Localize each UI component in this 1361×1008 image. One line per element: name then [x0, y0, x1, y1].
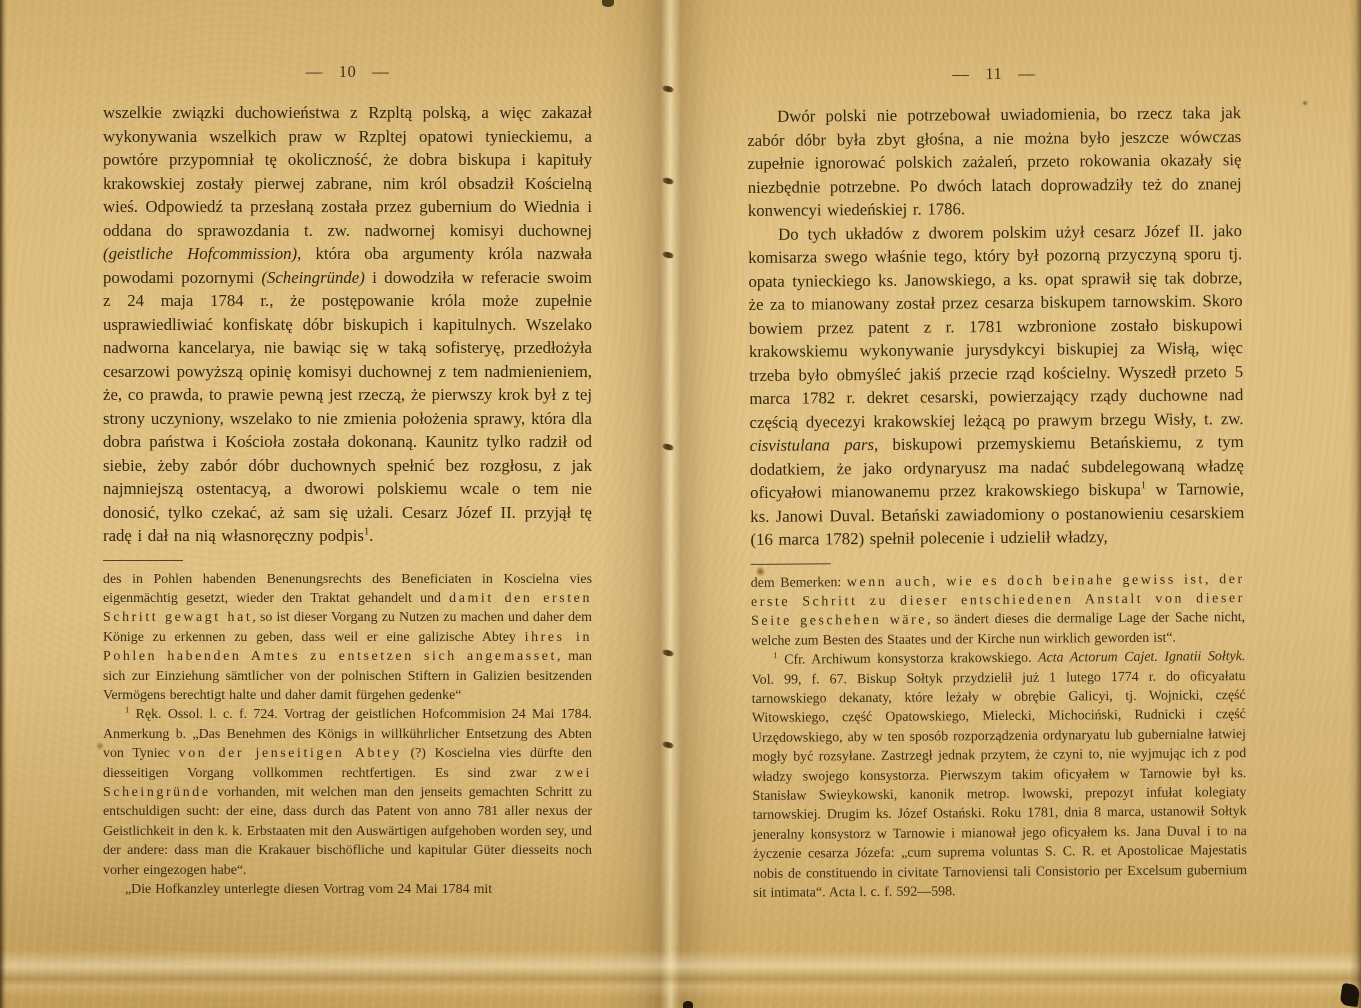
bottom-speck — [683, 1001, 693, 1008]
spine-top-notch — [602, 0, 614, 7]
paragraph: 1 Cfr. Archiwum konsystorza krakowskiego… — [751, 647, 1247, 903]
book-scan-background: —10— wszelkie związki duchowieństwa z Rz… — [0, 0, 1361, 1008]
book-spine-fold — [598, 0, 743, 1008]
paragraph: 1 Ręk. Ossol. l. c. f. 724. Vortrag der … — [103, 705, 592, 880]
page-number: 10 — [339, 62, 357, 81]
paragraph: „Die Hofkanzley unterlegte diesen Vortra… — [103, 880, 592, 899]
text-run: Cfr. Archiwum konsystorza krakowskiego. — [778, 651, 1039, 668]
text-run: von der jenseitigen Abtey — [179, 746, 402, 761]
header-dash: — — [952, 64, 969, 84]
binding-stitch — [661, 85, 674, 94]
paragraph: des in Pohlen habenden Benenungsrechts d… — [103, 570, 592, 706]
binding-stitch — [661, 649, 674, 658]
page-11: —11— Dwór polski nie potrzebował uwiadom… — [747, 62, 1248, 903]
text-run: (geistliche Hofcommission) — [103, 244, 297, 263]
text-run: dem Bemerken: — [751, 575, 847, 591]
text-run: Do tych układów z dworem polskim użył ce… — [748, 221, 1243, 432]
page-10: —10— wszelkie związki duchowieństwa z Rz… — [103, 62, 592, 899]
text-run: Dwór polski nie potrzebował uwiadomienia… — [747, 103, 1242, 220]
binding-stitch — [661, 443, 674, 452]
page-11-footnote-text: dem Bemerken: wenn auch, wie es doch bei… — [751, 570, 1248, 904]
header-dash: — — [372, 62, 389, 82]
text-run: (Scheingründe) — [261, 268, 364, 287]
scan-left-edge — [0, 0, 7, 1008]
page-10-footnotes: des in Pohlen habenden Benenungsrechts d… — [103, 560, 592, 900]
page-11-footnotes: dem Bemerken: wenn auch, wie es doch bei… — [751, 560, 1248, 904]
header-dash: — — [1018, 64, 1035, 84]
header-dash: — — [306, 62, 323, 82]
page-number-header: —10— — [103, 62, 592, 82]
binding-stitch — [661, 177, 674, 186]
binding-stitch — [661, 251, 674, 260]
text-run: cisvistulana pars — [750, 435, 874, 455]
text-run: . — [369, 526, 373, 545]
page-10-body: wszelkie związki duchowieństwa z Rzpltą … — [103, 101, 592, 548]
footnote-separator — [103, 560, 183, 561]
page-number: 11 — [985, 64, 1002, 83]
paper-stain — [1302, 100, 1308, 106]
paragraph: Dwór polski nie potrzebował uwiadomienia… — [747, 101, 1242, 222]
page-number-header: —11— — [747, 62, 1241, 86]
binding-stitch — [661, 741, 674, 750]
page-10-footnote-text: des in Pohlen habenden Benenungsrechts d… — [103, 570, 592, 900]
page-11-body: Dwór polski nie potrzebował uwiadomienia… — [747, 101, 1244, 551]
text-run: Vol. 99, f. 67. Biskup Sołtyk przydzieli… — [751, 669, 1247, 901]
paragraph: wszelkie związki duchowieństwa z Rzpltą … — [103, 101, 592, 548]
text-run: i dowodziła w referacie swoim z 24 maja … — [103, 268, 592, 546]
text-run: wszelkie związki duchowieństwa z Rzpltą … — [103, 103, 592, 240]
scan-right-edge — [1349, 0, 1361, 1008]
text-run: Acta Actorum Cajet. Ignatii Sołtyk. — [1038, 649, 1245, 666]
paragraph: Do tych układów z dworem polskim użył ce… — [748, 219, 1245, 552]
text-run: „Die Hofkanzley unterlegte diesen Vortra… — [125, 882, 492, 897]
paragraph: dem Bemerken: wenn auch, wie es doch bei… — [751, 570, 1246, 652]
footnote-separator — [751, 563, 831, 565]
